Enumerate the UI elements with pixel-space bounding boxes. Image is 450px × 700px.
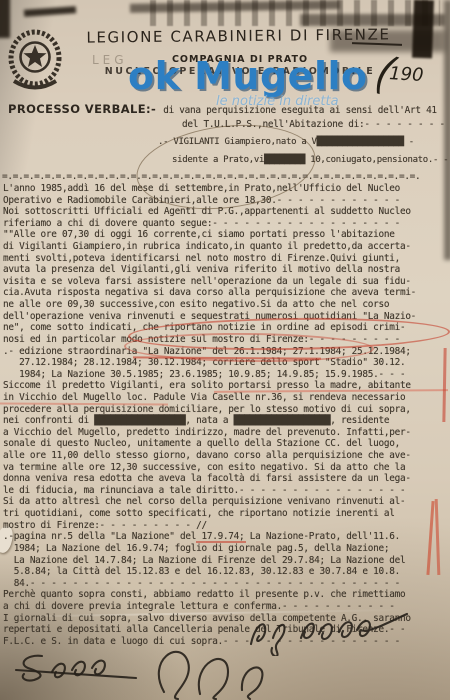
intro-text: di vana perquisizione eseguita ai sensi … — [163, 105, 437, 116]
typewritten-line: a Vicchio del Mugello, predetto indirizz… — [3, 427, 416, 439]
typewritten-line: di Vigilanti Giampiero,in rubrica indica… — [3, 241, 416, 253]
typewritten-line: mostro di Firenze:- - - - - - - - - // — [3, 520, 416, 532]
typewritten-line: ne alle ore 09,30 successive,con esito n… — [3, 299, 416, 311]
typewritten-line: .- edizione straordinaria "La Nazione" d… — [3, 346, 416, 358]
processo-verbale-label: PROCESSO VERBALE:- — [8, 102, 156, 116]
typewritten-line: ne", come sotto indicati, che riportano … — [3, 322, 416, 334]
typewritten-line: Perchè quanto sopra consti, abbiamo reda… — [3, 589, 416, 601]
typewritten-line: le di fiducia, ma rinunciava a tale diri… — [3, 485, 416, 497]
typewritten-line: 5.8.84; la Città del 15.12.83 e del 16.1… — [3, 566, 416, 578]
typewritten-line: L'anno 1985,addì 16 del mese di settembr… — [3, 183, 416, 195]
typewritten-line: ""Alle ore 07,30 di oggi 16 corrente,ci … — [3, 229, 416, 241]
typewritten-line: Siccome il predetto Vigilanti, era solit… — [3, 380, 416, 392]
separator-line: =.=.=.=.=.=.=.=.=.=.=.=.=.=.=.=.=.=.=.=.… — [2, 171, 420, 182]
typewritten-line: 1984; La Nazione 30.5.1985; 23.6.1985; 1… — [3, 369, 416, 381]
subject-line-redacted: .- VIGILANTI Giampiero,nato a V█████████… — [158, 137, 414, 147]
typewritten-line: tri quotidiani, come sotto specificati, … — [3, 508, 416, 520]
typewritten-line: alle ore 11,00 dello stesso giorno, dava… — [3, 450, 416, 462]
typewritten-line: Noi sottoscritti Ufficiali ed Agenti di … — [3, 206, 416, 218]
typewritten-line: va termine alle ore 12,30 successive, co… — [3, 462, 416, 474]
subject-line-redacted: sidente a Prato,vi████████ 10,coniugato,… — [172, 155, 448, 165]
document-photo: LEG LEGIONE CARABINIERI DI FIRENZE COMPA… — [0, 0, 450, 700]
handwritten-number: 190 — [389, 63, 424, 86]
typewritten-body: L'anno 1985,addì 16 del mese di settembr… — [3, 183, 416, 647]
typewritten-line: avuta la presenza del Vigilanti,gli veni… — [3, 264, 416, 276]
typewritten-line: nosi ed in particolar modo notizie sul m… — [3, 334, 416, 346]
typewritten-line: procedere alla perquisizione domiciliare… — [3, 404, 416, 416]
typewritten-line: cia.Avuta risposta negativa si dava cors… — [3, 287, 416, 299]
typewritten-line: riferiamo a chi di dovere quanto segue:-… — [3, 218, 416, 230]
signature — [12, 648, 152, 690]
typewritten-line: visita e se voleva farsi assistere nell'… — [3, 276, 416, 288]
typewritten-line: La Nazione del 14.7.84; La Nazione di Fi… — [3, 555, 416, 567]
header-unit-line: NUCLEO OPERATIVO E RADIOMOBILE — [90, 66, 390, 77]
processo-verbale-line: PROCESSO VERBALE:- di vana perquisizione… — [8, 102, 437, 116]
intro-text: del T.U.L.P.S.,nell'Abitazione di:- - - … — [182, 119, 445, 130]
signature — [138, 636, 298, 700]
typewritten-line: .-pagina nr.5 della "La Nazione" del 17.… — [3, 531, 416, 543]
photo-edge-shadow — [444, 0, 450, 260]
typewritten-line: Operativo e Radiomobile Carabinieri,alle… — [3, 195, 416, 207]
typewritten-line: nei confronti di █████████████████, nata… — [3, 415, 416, 427]
typewritten-line: dell'operazione veniva rinvenuti e seque… — [3, 311, 416, 323]
typewritten-line: donna veniva resa edotta che aveva la fa… — [3, 473, 416, 485]
typewritten-line: 1984; La Nazione del 16.9.74; foglio di … — [3, 543, 416, 555]
handwritten-page-number: (190 — [372, 45, 427, 106]
italian-republic-emblem-stamp — [8, 28, 62, 94]
typewritten-line: 84.- - - - - - - - - - - - - - - - - - -… — [3, 578, 416, 590]
typewritten-line: sonale di questo Nucleo, unitamente a qu… — [3, 438, 416, 450]
typewritten-line: in Vicchio del Mugello loc. Padule Via C… — [3, 392, 416, 404]
typewritten-line: menti svolti,poteva identificarsi nel no… — [3, 253, 416, 265]
typewritten-line: Si da atto altresì che nel corso della p… — [3, 496, 416, 508]
header-subtitle: COMPAGNIA DI PRATO — [100, 54, 380, 65]
typewritten-line: 27.12.1984; 28.12.1984; 30.12.1984; corr… — [3, 357, 416, 369]
